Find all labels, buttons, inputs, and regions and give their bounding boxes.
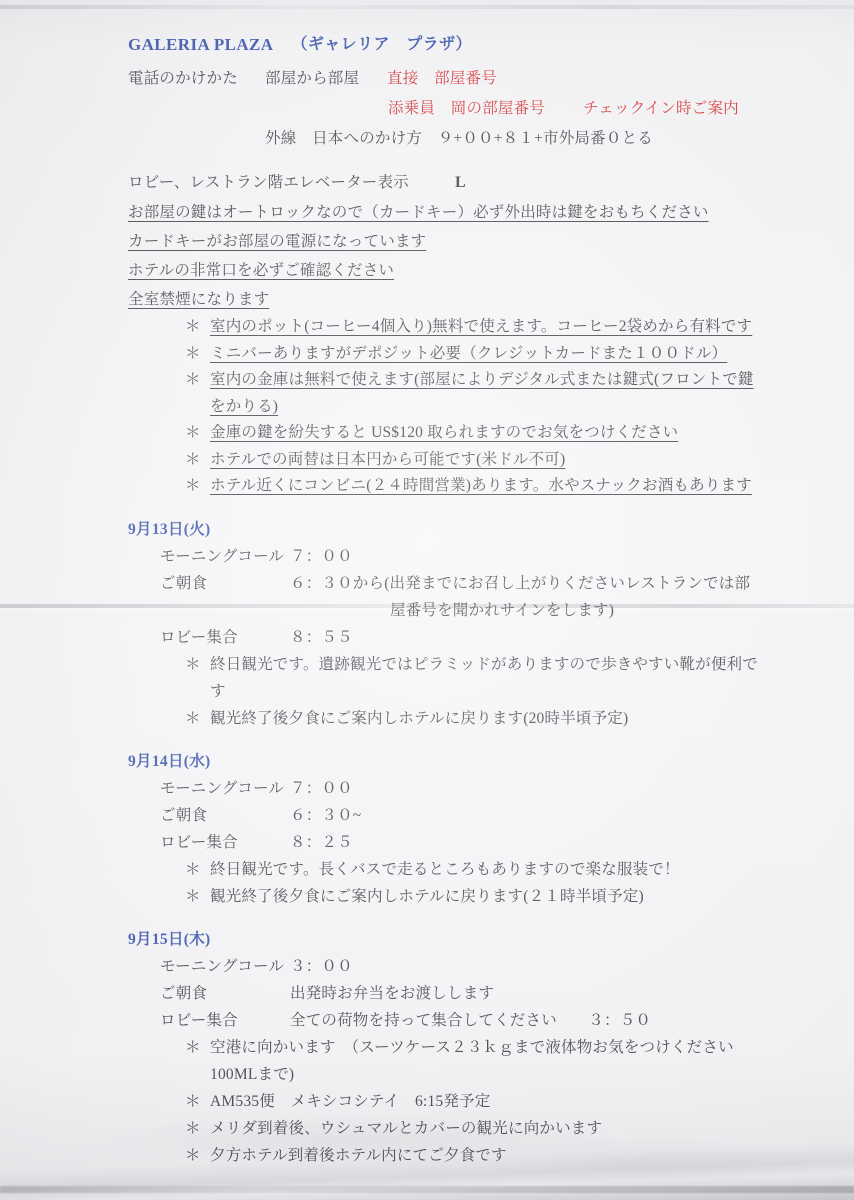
phone-howto-label: 電話のかけかた — [128, 64, 265, 94]
hotel-name-jp: （ギャレリア プラザ） — [291, 32, 471, 58]
row-value: ７：００ — [290, 548, 353, 565]
rule-line: ホテルの非常口を必ずご確認ください — [128, 256, 808, 285]
asterisk-bullet: ＊ — [185, 856, 210, 883]
asterisk-bullet: ＊ — [185, 651, 210, 705]
asterisk-bullet: ＊ — [185, 1034, 210, 1088]
elevator-floor-value: L — [455, 174, 467, 191]
row-lobby-meeting: ロビー集合 ８：２５ — [160, 829, 808, 856]
star-note-text: ミニバーありますがデポジット必要（クレジットカードまた１００ドル） — [210, 345, 727, 362]
star-note-cont: をかりる) — [210, 394, 754, 421]
outside-line-note: 外線 日本へのかけ方 ９+００+８１+市外局番０とる — [265, 124, 808, 154]
phone-howto-line: 電話のかけかた 部屋から部屋 直接 部屋番号 — [128, 64, 808, 94]
escort-room-line: 添乗員 岡の部屋番号 チェックイン時ご案内 — [388, 94, 808, 124]
asterisk-bullet: ＊ — [185, 367, 210, 420]
rule-no-smoking: 全室禁煙になります — [128, 291, 269, 308]
schedule-date: 9月14日(水) — [128, 748, 808, 775]
row-value: 全ての荷物を持って集合してください ３：５０ — [290, 1012, 651, 1029]
asterisk-bullet: ＊ — [185, 1142, 210, 1169]
row-breakfast: ご朝食 出発時お弁当をお渡しします — [160, 980, 808, 1007]
schedule-section-sep14: 9月14日(水) モーニングコール ７：００ ご朝食 ６：３０~ ロビー集合 ８… — [128, 748, 808, 910]
bullet-text: 夕方ホテル到着後ホテル内にてご夕食です — [210, 1147, 507, 1164]
row-value: ７：００ — [290, 780, 353, 797]
hotel-star-notes: ＊ 室内のポット(コーヒー4個入り)無料で使えます。コーヒー2袋めから有料です … — [185, 314, 808, 500]
row-label: ご朝食 — [160, 980, 290, 1007]
star-note-minibar: ＊ ミニバーありますがデポジット必要（クレジットカードまた１００ドル） — [185, 341, 808, 368]
bullet-text: メリダ到着後、ウシュマルとカバーの観光に向かいます — [210, 1120, 602, 1137]
row-label: ロビー集合 — [160, 829, 290, 856]
bullet-item: ＊ 終日観光です。長くバスで走るところもありますので楽な服装で！ — [185, 856, 808, 883]
paper-fold-crease-bottom — [0, 1186, 854, 1193]
bullet-text: 観光終了後夕食にご案内しホテルに戻ります(２１時半頃予定) — [210, 888, 644, 905]
row-value: 出発時お弁当をお渡しします — [290, 985, 494, 1002]
bullet-text-cont: す — [210, 678, 758, 705]
direct-dial-note: 直接 部屋番号 — [387, 64, 497, 94]
checkin-guide-note: チェックイン時ご案内 — [583, 100, 739, 117]
row-label: モーニングコール — [160, 543, 290, 570]
row-label: ロビー集合 — [160, 1007, 290, 1034]
asterisk-bullet: ＊ — [185, 341, 210, 368]
room-to-room-label: 部屋から部屋 — [265, 64, 387, 94]
schedule-bullets: ＊ 空港に向かいます （スーツケース２３ｋｇまで液体物お気をつけください100M… — [185, 1034, 808, 1169]
bullet-item: ＊ 観光終了後夕食にご案内しホテルに戻ります(20時半頃予定) — [185, 705, 808, 732]
row-label: モーニングコール — [160, 953, 290, 980]
row-morning-call: モーニングコール ７：００ — [160, 543, 808, 570]
asterisk-bullet: ＊ — [185, 420, 210, 447]
rule-autolock: お部屋の鍵はオートロックなので（カードキー）必ず外出時は鍵をおもちください — [128, 204, 709, 221]
star-note-safe: ＊ 室内の金庫は無料で使えます(部屋によりデジタル式または鍵式(フロントで鍵をか… — [185, 367, 808, 420]
bullet-item-flight: ＊ AM535便 メキシコシテイ 6:15発予定 — [185, 1088, 808, 1115]
elevator-floor-label: ロビー、レストラン階エレベーター表示 — [128, 174, 409, 191]
bullet-item: ＊ 終日観光です。遺跡観光ではピラミッドがありますので歩きやすい靴が便利です — [185, 651, 808, 705]
row-value: ３：００ — [290, 958, 353, 975]
schedule-date: 9月13日(火) — [128, 516, 808, 543]
star-note-text: ホテル近くにコンビニ(２４時間営業)あります。水やスナックお酒もあります — [210, 477, 752, 494]
star-note-text: 室内のポット(コーヒー4個入り)無料で使えます。コーヒー2袋めから有料です — [210, 318, 752, 335]
star-note-text: 室内の金庫は無料で使えます(部屋によりデジタル式または鍵式(フロントで鍵 — [210, 371, 754, 388]
row-label: ご朝食 — [160, 570, 290, 624]
rule-emergency-exit: ホテルの非常口を必ずご確認ください — [128, 262, 394, 279]
paper-fold-crease-top — [0, 5, 854, 9]
schedule-section-sep15: 9月15日(木) モーニングコール ３：００ ご朝食 出発時お弁当をお渡しします… — [128, 926, 808, 1169]
row-value: ８：２５ — [290, 834, 353, 851]
bullet-text: 終日観光です。遺跡観光ではピラミッドがありますので歩きやすい靴が便利で — [210, 656, 758, 673]
star-note-pot: ＊ 室内のポット(コーヒー4個入り)無料で使えます。コーヒー2袋めから有料です — [185, 314, 808, 341]
schedule-section-sep13: 9月13日(火) モーニングコール ７：００ ご朝食 ６：３０から(出発までにお… — [128, 516, 808, 732]
row-breakfast: ご朝食 ６：３０から(出発までにお召し上がりくださいレストランでは部屋番号を聞か… — [160, 570, 808, 624]
bullet-item: ＊ 観光終了後夕食にご案内しホテルに戻ります(２１時半頃予定) — [185, 883, 808, 910]
row-breakfast: ご朝食 ６：３０~ — [160, 802, 808, 829]
row-label: モーニングコール — [160, 775, 290, 802]
row-label: ロビー集合 — [160, 624, 290, 651]
row-morning-call: モーニングコール ３：００ — [160, 953, 808, 980]
bullet-text: 観光終了後夕食にご案内しホテルに戻ります(20時半頃予定) — [210, 710, 628, 727]
row-value: ６：３０から(出発までにお召し上がりくださいレストランでは部 — [290, 575, 750, 592]
asterisk-bullet: ＊ — [185, 705, 210, 732]
bullet-text: 終日観光です。長くバスで走るところもありますので楽な服装で！ — [210, 861, 680, 878]
asterisk-bullet: ＊ — [185, 314, 210, 341]
bullet-item-dinner: ＊ 夕方ホテル到着後ホテル内にてご夕食です — [185, 1142, 808, 1169]
schedule-date: 9月15日(木) — [128, 926, 808, 953]
asterisk-bullet: ＊ — [185, 883, 210, 910]
asterisk-bullet: ＊ — [185, 473, 210, 500]
row-value: ６：３０~ — [290, 807, 361, 824]
document-content: GALERIA PLAZA （ギャレリア プラザ） 電話のかけかた 部屋から部屋… — [128, 32, 808, 1169]
star-note-convenience-store: ＊ ホテル近くにコンビニ(２４時間営業)あります。水やスナックお酒もあります — [185, 473, 808, 500]
star-note-safe-key-fee: ＊ 金庫の鍵を紛失すると US$120 取られますのでお気をつけください — [185, 420, 808, 447]
rule-line: カードキーがお部屋の電源になっています — [128, 227, 808, 256]
asterisk-bullet: ＊ — [185, 447, 210, 474]
escort-room-note: 添乗員 岡の部屋番号 — [388, 100, 545, 117]
bullet-text-cont: 100MLまで) — [210, 1061, 734, 1088]
row-value-cont: 屋番号を聞かれサインをします) — [390, 597, 750, 624]
hotel-title: GALERIA PLAZA （ギャレリア プラザ） — [128, 32, 808, 58]
star-note-exchange: ＊ ホテルでの両替は日本円から可能です(米ドル不可) — [185, 447, 808, 474]
asterisk-bullet: ＊ — [185, 1115, 210, 1142]
row-lobby-meeting: ロビー集合 全ての荷物を持って集合してください ３：５０ — [160, 1007, 808, 1034]
asterisk-bullet: ＊ — [185, 1088, 210, 1115]
row-lobby-meeting: ロビー集合 ８：５５ — [160, 624, 808, 651]
schedule-bullets: ＊ 終日観光です。長くバスで走るところもありますので楽な服装で！ ＊ 観光終了後… — [185, 856, 808, 910]
bullet-item-airport: ＊ 空港に向かいます （スーツケース２３ｋｇまで液体物お気をつけください100M… — [185, 1034, 808, 1088]
bullet-text: 空港に向かいます （スーツケース２３ｋｇまで液体物お気をつけください — [210, 1039, 734, 1056]
scanned-itinerary-page: GALERIA PLAZA （ギャレリア プラザ） 電話のかけかた 部屋から部屋… — [0, 0, 854, 1200]
star-note-text: 金庫の鍵を紛失すると US$120 取られますのでお気をつけください — [210, 424, 678, 441]
row-morning-call: モーニングコール ７：００ — [160, 775, 808, 802]
bullet-item-merida: ＊ メリダ到着後、ウシュマルとカバーの観光に向かいます — [185, 1115, 808, 1142]
rule-cardkey-power: カードキーがお部屋の電源になっています — [128, 233, 426, 250]
star-note-text: ホテルでの両替は日本円から可能です(米ドル不可) — [210, 451, 565, 468]
elevator-floor-line: ロビー、レストラン階エレベーター表示 L — [128, 168, 808, 198]
hotel-name-en: GALERIA PLAZA — [128, 32, 273, 58]
bullet-text: AM535便 メキシコシテイ 6:15発予定 — [210, 1093, 490, 1110]
row-value: ８：５５ — [290, 629, 353, 646]
schedule-bullets: ＊ 終日観光です。遺跡観光ではピラミッドがありますので歩きやすい靴が便利です ＊… — [185, 651, 808, 732]
hotel-rules: お部屋の鍵はオートロックなので（カードキー）必ず外出時は鍵をおもちください カー… — [128, 198, 808, 314]
row-label: ご朝食 — [160, 802, 290, 829]
rule-line: 全室禁煙になります — [128, 285, 808, 314]
rule-line: お部屋の鍵はオートロックなので（カードキー）必ず外出時は鍵をおもちください — [128, 198, 808, 227]
